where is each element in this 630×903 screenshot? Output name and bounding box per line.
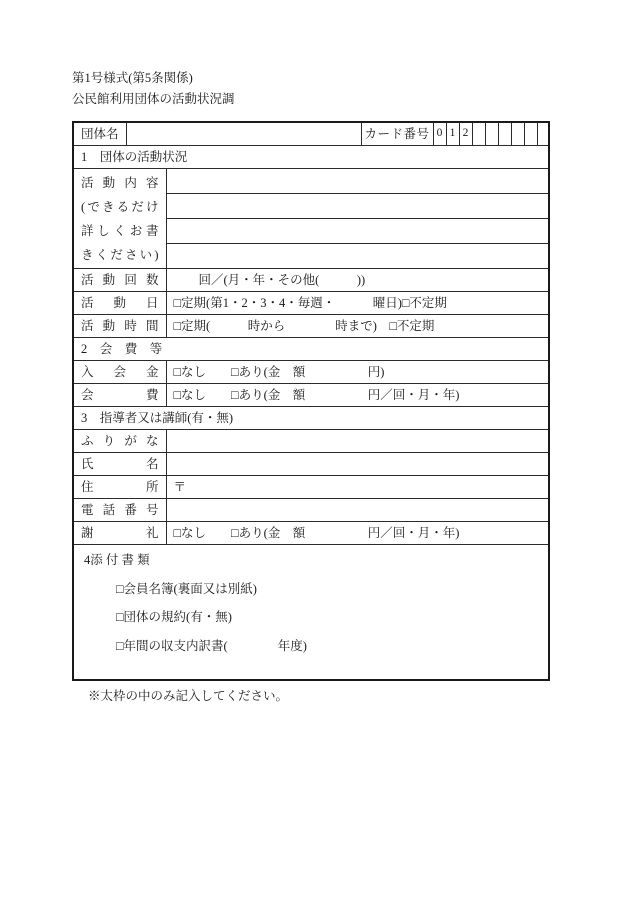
card-number-cell-8	[537, 122, 549, 146]
activity-day-value: □定期(第1・2・3・4・毎週・ 曜日)□不定期	[166, 292, 549, 315]
activity-content-label-line: (できるだけ	[81, 195, 159, 219]
form-page: 第1号様式(第5条関係) 公民館利用団体の活動状況調 団体名 カード番号 0 1…	[0, 0, 630, 903]
row-section-1: 1 団体の活動状況	[73, 146, 549, 169]
row-activity-day: 活動日 □定期(第1・2・3・4・毎週・ 曜日)□不定期	[73, 292, 549, 315]
card-number-cell-6	[511, 122, 524, 146]
card-number-cell-5	[498, 122, 511, 146]
attachment-item-member-list: □会員名簿(裏面又は別紙)	[116, 583, 538, 596]
section-1-header: 1 団体の活動状況	[73, 146, 549, 169]
phone-label: 電話番号	[73, 499, 166, 522]
attachments-title: 4添 付 書 類	[84, 554, 538, 567]
address-value: 〒	[166, 476, 549, 499]
row-group-name: 団体名 カード番号 0 1 2	[73, 122, 549, 146]
admission-fee-label: 入会金	[73, 361, 166, 384]
row-address: 住所 〒	[73, 476, 549, 499]
activity-status-form-table: 団体名 カード番号 0 1 2 1 団体の活動状況 活動内容 (できるだけ	[72, 121, 550, 681]
activity-count-value: 回／(月・年・その他( ))	[166, 269, 549, 292]
row-instructor-name: 氏名	[73, 453, 549, 476]
row-reward: 謝礼 □なし □あり(金 額 円／回・月・年)	[73, 522, 549, 545]
row-furigana: ふりがな	[73, 430, 549, 453]
activity-content-write-line-1	[166, 169, 549, 194]
row-phone: 電話番号	[73, 499, 549, 522]
title-block: 第1号様式(第5条関係) 公民館利用団体の活動状況調	[72, 68, 235, 110]
membership-fee-label: 会費	[73, 384, 166, 407]
card-number-cell-1: 1	[446, 122, 459, 146]
attachment-item-budget-statement: □年間の収支内訳書( 年度)	[116, 640, 538, 653]
card-number-cell-0: 0	[433, 122, 446, 146]
attachments-section: 4添 付 書 類 □会員名簿(裏面又は別紙) □団体の規約(有・無) □年間の収…	[73, 545, 549, 681]
group-name-input-cell	[126, 122, 361, 146]
activity-content-label-line: 活動内容	[81, 171, 159, 195]
section-3-header: 3 指導者又は講師(有・無)	[73, 407, 549, 430]
card-number-cell-7	[524, 122, 537, 146]
group-name-label: 団体名	[73, 122, 126, 146]
form-title: 公民館利用団体の活動状況調	[72, 89, 235, 110]
attachment-item-group-rules: □団体の規約(有・無)	[116, 611, 538, 624]
reward-label: 謝礼	[73, 522, 166, 545]
activity-content-label-line: 詳しくお書	[81, 219, 159, 243]
card-number-cell-3	[472, 122, 485, 146]
row-activity-count: 活動回数 回／(月・年・その他( ))	[73, 269, 549, 292]
activity-content-write-line-2	[166, 194, 549, 219]
furigana-value	[166, 430, 549, 453]
row-attachments: 4添 付 書 類 □会員名簿(裏面又は別紙) □団体の規約(有・無) □年間の収…	[73, 545, 549, 681]
activity-time-label: 活動時間	[73, 315, 166, 338]
reward-value: □なし □あり(金 額 円／回・月・年)	[166, 522, 549, 545]
activity-time-value: □定期( 時から 時まで) □不定期	[166, 315, 549, 338]
activity-content-write-line-3	[166, 219, 549, 244]
section-2-header: 2 会 費 等	[73, 338, 549, 361]
card-number-label: カード番号	[361, 122, 433, 146]
activity-content-label: 活動内容 (できるだけ 詳しくお書 きください)	[73, 169, 166, 269]
card-number-cell-4	[485, 122, 498, 146]
activity-content-label-line: きください)	[81, 243, 159, 267]
address-label: 住所	[73, 476, 166, 499]
row-section-3: 3 指導者又は講師(有・無)	[73, 407, 549, 430]
form-number-line: 第1号様式(第5条関係)	[72, 68, 235, 89]
membership-fee-value: □なし □あり(金 額 円／回・月・年)	[166, 384, 549, 407]
row-activity-content-1: 活動内容 (できるだけ 詳しくお書 きください)	[73, 169, 549, 194]
card-number-cell-2: 2	[459, 122, 472, 146]
row-admission-fee: 入会金 □なし □あり(金 額 円)	[73, 361, 549, 384]
instructor-name-value	[166, 453, 549, 476]
activity-count-label: 活動回数	[73, 269, 166, 292]
furigana-label: ふりがな	[73, 430, 166, 453]
row-activity-time: 活動時間 □定期( 時から 時まで) □不定期	[73, 315, 549, 338]
row-membership-fee: 会費 □なし □あり(金 額 円／回・月・年)	[73, 384, 549, 407]
activity-content-write-line-4	[166, 244, 549, 269]
instructor-name-label: 氏名	[73, 453, 166, 476]
phone-value	[166, 499, 549, 522]
footer-note: ※太枠の中のみ記入してください。	[88, 686, 288, 704]
activity-day-label: 活動日	[73, 292, 166, 315]
row-section-2: 2 会 費 等	[73, 338, 549, 361]
admission-fee-value: □なし □あり(金 額 円)	[166, 361, 549, 384]
